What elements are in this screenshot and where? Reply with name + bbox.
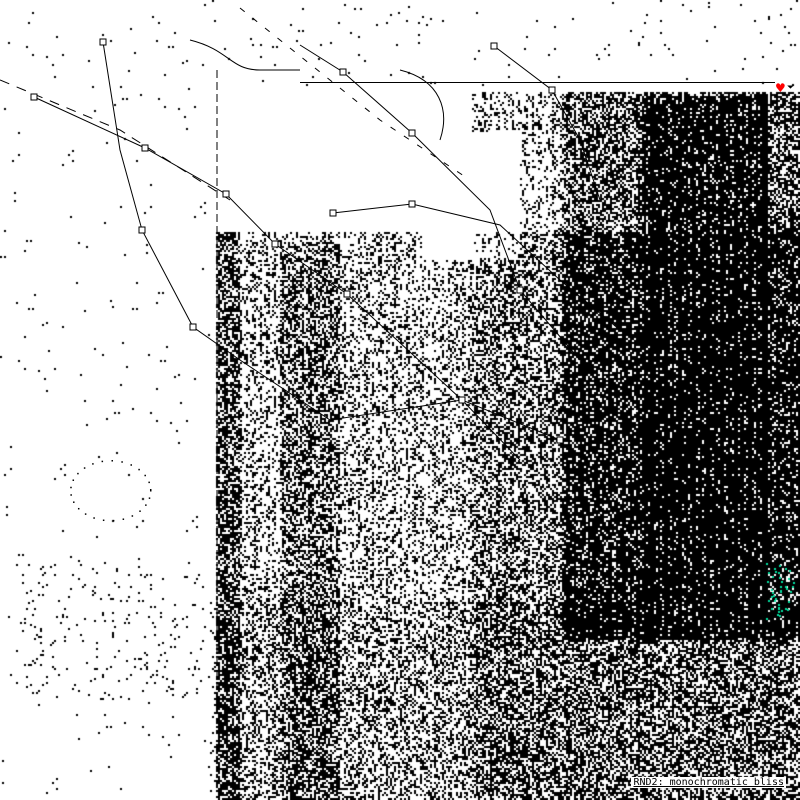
control-point-handle[interactable]: [31, 94, 37, 100]
control-point-handle[interactable]: [409, 201, 415, 207]
control-point-handle[interactable]: [340, 69, 346, 75]
artwork-canvas: ♥ ⏷ RND2: monochromatic bliss: [0, 0, 800, 800]
filter-icon[interactable]: ⏷: [787, 83, 799, 95]
control-point-handle[interactable]: [459, 397, 465, 403]
control-point-handle[interactable]: [190, 324, 196, 330]
control-point-handle[interactable]: [139, 227, 145, 233]
control-point-handle[interactable]: [409, 130, 415, 136]
control-point-handle[interactable]: [517, 287, 523, 293]
control-point-handle[interactable]: [272, 241, 278, 247]
horizon-rule: [300, 82, 775, 83]
control-point-handle[interactable]: [557, 437, 563, 443]
control-point-handle[interactable]: [491, 43, 497, 49]
handle-path: [34, 97, 520, 460]
handle-path: [494, 46, 600, 200]
control-point-handle[interactable]: [100, 39, 106, 45]
control-point-handle[interactable]: [330, 210, 336, 216]
control-point-handle[interactable]: [142, 145, 148, 151]
artwork-caption: RND2: monochromatic bliss: [631, 777, 786, 788]
bezier-handle-overlay: [0, 0, 800, 800]
control-point-handle[interactable]: [344, 291, 350, 297]
handle-path: [300, 45, 580, 360]
heart-icon[interactable]: ♥: [775, 82, 787, 94]
control-point-handle[interactable]: [223, 191, 229, 197]
handle-path: [240, 8, 470, 180]
control-point-handle[interactable]: [549, 87, 555, 93]
handle-path: [103, 42, 560, 440]
handle-path: [333, 204, 620, 330]
